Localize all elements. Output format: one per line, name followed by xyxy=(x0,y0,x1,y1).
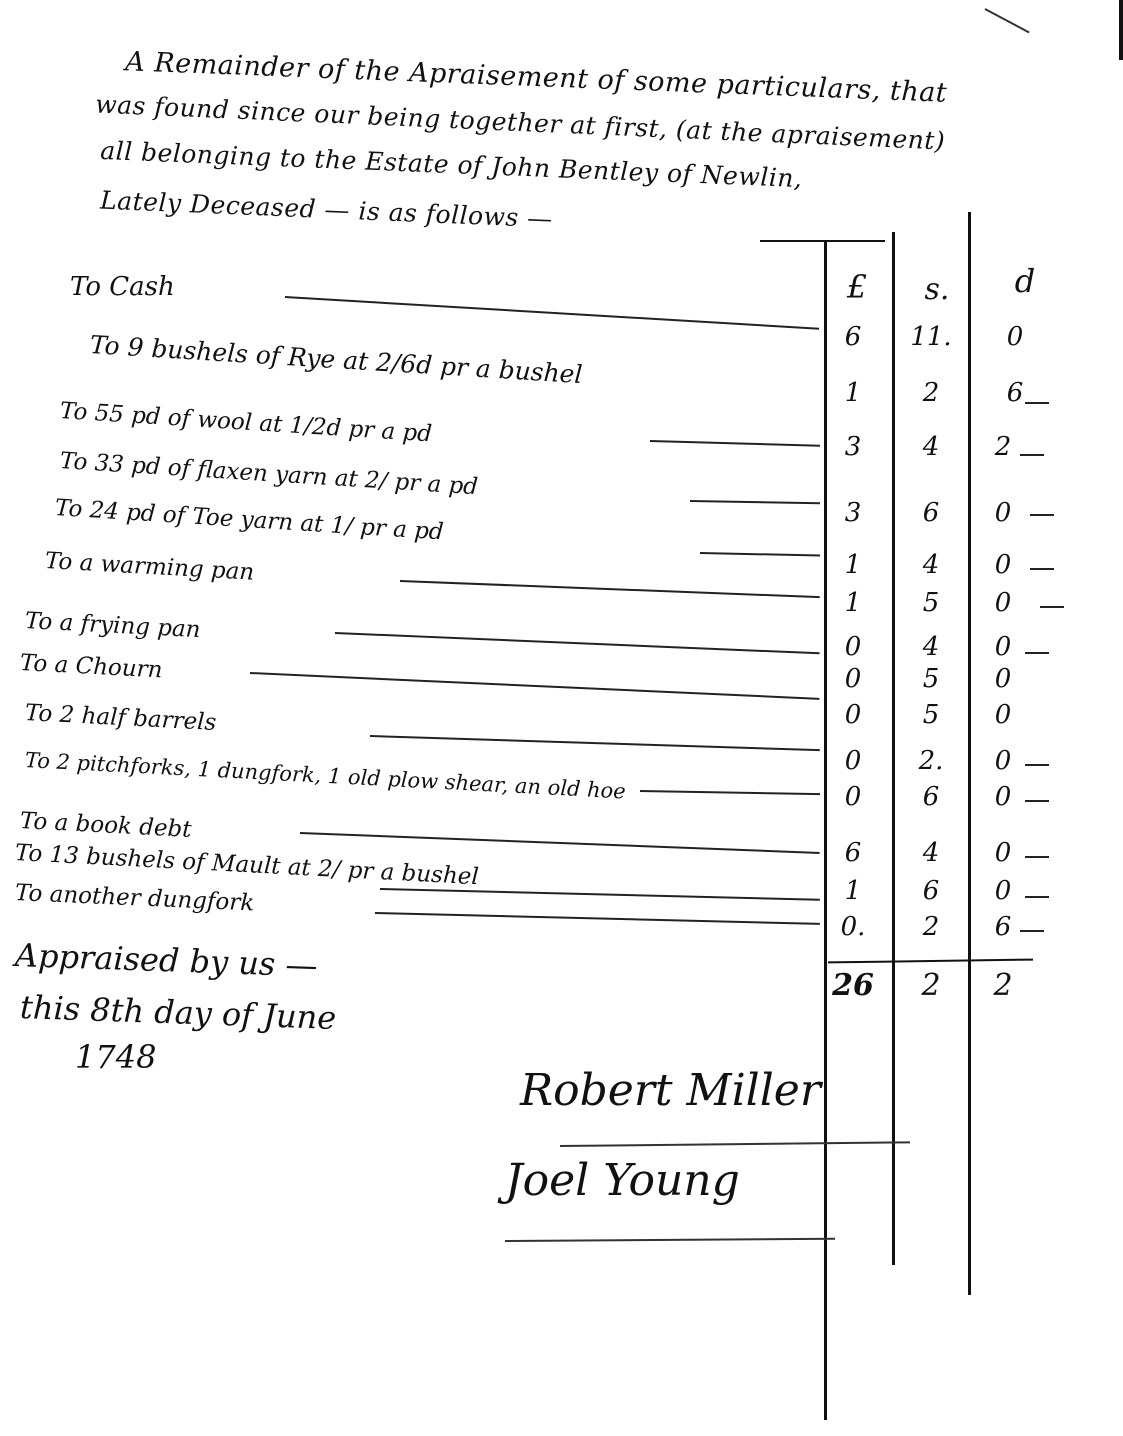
pounds-value: 0 xyxy=(828,782,878,812)
item-label: To 55 pd of wool at 1/2d pr a pd xyxy=(59,398,432,447)
pence-dash xyxy=(1020,930,1044,932)
pence-dash xyxy=(1020,454,1044,456)
heading-line-4: Lately Deceased — is as follows — xyxy=(100,186,554,234)
pounds-value: 6 xyxy=(828,838,878,868)
shillings-value: 4 xyxy=(906,838,956,868)
pence-dash xyxy=(1025,402,1049,404)
year: 1748 xyxy=(75,1040,156,1075)
pence-dash xyxy=(1025,652,1049,654)
item-label: To another dungfork xyxy=(14,880,254,916)
shillings-value: 2 xyxy=(906,378,956,408)
signature-1: Robert Miller xyxy=(520,1065,821,1116)
shillings-value: 5 xyxy=(906,664,956,694)
date-line: this 8th day of June xyxy=(19,990,336,1036)
shillings-header: s. xyxy=(912,272,962,307)
leader-rule xyxy=(640,790,820,795)
shillings-value: 2. xyxy=(906,746,956,776)
pounds-value: 6 xyxy=(828,322,878,352)
pence-value: 6 xyxy=(978,912,1028,942)
scan-edge xyxy=(1119,0,1123,60)
leader-rule xyxy=(400,580,820,598)
leader-rule xyxy=(375,912,820,925)
total-shillings: 2 xyxy=(906,968,956,1003)
item-label: To 2 pitchforks, 1 dungfork, 1 old plow … xyxy=(24,748,626,803)
pence-dash xyxy=(1030,514,1054,516)
leader-rule xyxy=(700,552,820,557)
pounds-value: 0 xyxy=(828,664,878,694)
pounds-value: 1 xyxy=(828,550,878,580)
pence-value: 0 xyxy=(978,664,1028,694)
pounds-value: 3 xyxy=(828,498,878,528)
pence-value: 0 xyxy=(978,838,1028,868)
shillings-column-line xyxy=(892,232,895,1265)
pounds-value: 0. xyxy=(828,912,878,942)
pence-dash xyxy=(1040,606,1064,608)
item-label: To a Chourn xyxy=(19,650,163,683)
shillings-value: 11. xyxy=(906,322,956,352)
leader-rule xyxy=(370,735,820,751)
pounds-column-line xyxy=(824,240,827,1420)
item-label: To a book debt xyxy=(19,808,192,843)
shillings-value: 6 xyxy=(906,782,956,812)
leader-rule xyxy=(690,500,820,504)
leader-rule xyxy=(380,888,820,901)
pence-dash xyxy=(1025,856,1049,858)
pence-dash xyxy=(1025,800,1049,802)
total-pence: 2 xyxy=(978,968,1028,1003)
shillings-value: 6 xyxy=(906,876,956,906)
pounds-value: 1 xyxy=(828,588,878,618)
leader-rule xyxy=(335,632,820,654)
shillings-value: 5 xyxy=(906,700,956,730)
pence-value: 0 xyxy=(978,876,1028,906)
item-label: To 9 bushels of Rye at 2/6d pr a bushel xyxy=(89,330,583,389)
pence-dash xyxy=(1025,764,1049,766)
shillings-value: 6 xyxy=(906,498,956,528)
pounds-value: 1 xyxy=(828,378,878,408)
pounds-value: 0 xyxy=(828,700,878,730)
pence-value: 0 xyxy=(978,782,1028,812)
leader-rule xyxy=(650,440,820,447)
shillings-value: 4 xyxy=(906,550,956,580)
pounds-value: 3 xyxy=(828,432,878,462)
item-label: To a frying pan xyxy=(24,608,201,643)
pence-dash xyxy=(1025,896,1049,898)
leader-rule xyxy=(250,672,820,700)
total-rule xyxy=(828,959,1033,964)
pence-value: 0 xyxy=(978,746,1028,776)
pence-value: 0 xyxy=(978,588,1028,618)
pounds-value: 0 xyxy=(828,632,878,662)
leader-rule xyxy=(300,832,820,854)
document-page: A Remainder of the Apraisement of some p… xyxy=(0,0,1123,1436)
shillings-value: 2 xyxy=(906,912,956,942)
pence-value: 0 xyxy=(978,498,1028,528)
pence-dash xyxy=(1030,568,1054,570)
pounds-value: 1 xyxy=(828,876,878,906)
shillings-value: 4 xyxy=(906,432,956,462)
signature-rule xyxy=(560,1141,910,1147)
pounds-header: £ xyxy=(832,268,882,306)
pence-header: d xyxy=(1000,262,1050,300)
total-pounds: 26 xyxy=(828,968,878,1003)
signature-rule-2 xyxy=(505,1238,835,1242)
pence-column-line xyxy=(968,212,971,1295)
pence-value: 0 xyxy=(990,322,1040,352)
corner-mark xyxy=(985,8,1030,33)
pence-value: 2 xyxy=(978,432,1028,462)
shillings-value: 5 xyxy=(906,588,956,618)
pounds-value: 0 xyxy=(828,746,878,776)
pence-value: 0 xyxy=(978,550,1028,580)
item-label: To 24 pd of Toe yarn at 1/ pr a pd xyxy=(54,495,444,545)
leader-rule xyxy=(285,296,819,330)
shillings-value: 4 xyxy=(906,632,956,662)
header-rule xyxy=(760,240,885,242)
pence-value: 0 xyxy=(978,700,1028,730)
pence-value: 0 xyxy=(978,632,1028,662)
item-label: To Cash xyxy=(70,272,175,302)
item-label: To 33 pd of flaxen yarn at 2/ pr a pd xyxy=(59,448,479,500)
item-label: To a warming pan xyxy=(44,548,255,586)
signature-2: Joel Young xyxy=(505,1155,740,1206)
item-label: To 2 half barrels xyxy=(24,700,217,736)
appraised-line: Appraised by us — xyxy=(14,938,318,984)
